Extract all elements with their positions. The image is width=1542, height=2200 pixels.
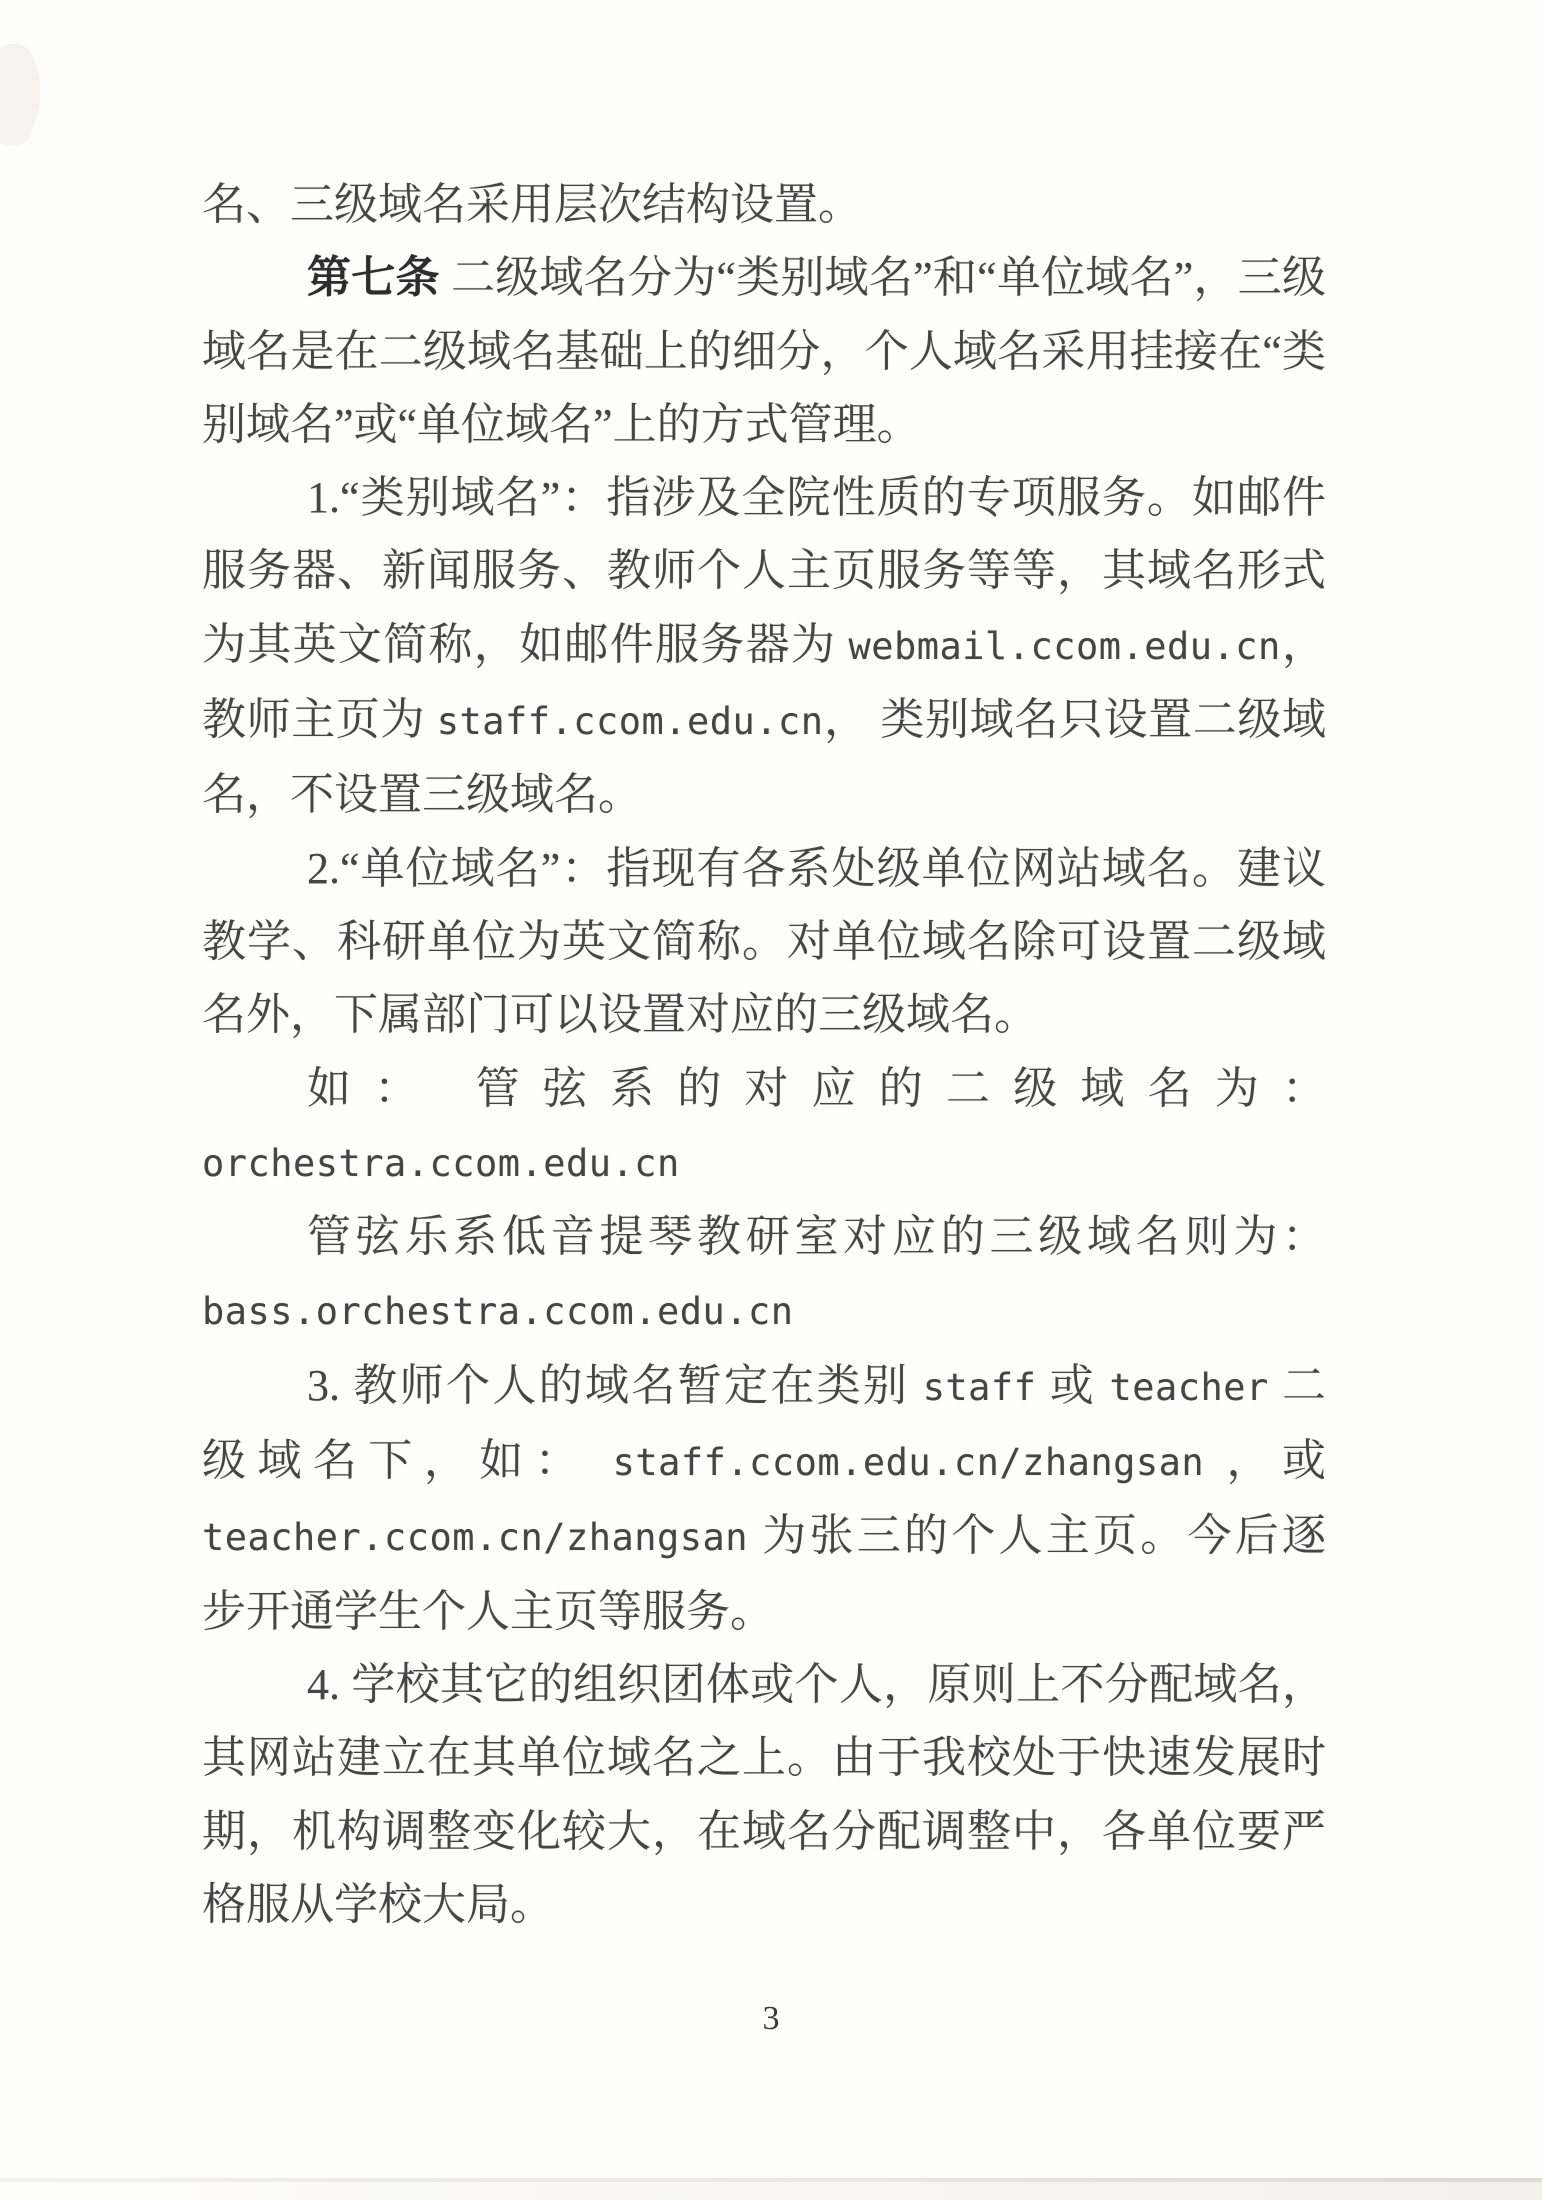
- domain-text: staff: [923, 1366, 1037, 1409]
- paragraph-example-bass: 管弦乐系低音提琴教研室对应的三级域名则为：bass.orchestra.ccom…: [202, 1200, 1326, 1349]
- domain-text: staff.ccom.edu.cn: [437, 700, 824, 743]
- domain-text: staff.ccom.edu.cn/zhangsan: [613, 1441, 1204, 1484]
- domain-text: bass.orchestra.ccom.edu.cn: [202, 1290, 793, 1333]
- scanned-document-page: 名、三级域名采用层次结构设置。第七条 二级域名分为“类别域名”和“单位域名”，三…: [0, 0, 1542, 2200]
- text-segment: 如： 管弦系的对应的二级域名为：: [307, 1064, 1326, 1113]
- scan-edge-shade: [0, 2182, 1542, 2200]
- page-number: 3: [0, 2000, 1542, 2038]
- paragraph-article-7: 第七条 二级域名分为“类别域名”和“单位域名”，三级域名是在二级域名基础上的细分…: [202, 241, 1326, 461]
- paragraph-item-1-category-domain: 1.“类别域名”：指涉及全院性质的专项服务。如邮件服务器、新闻服务、教师个人主页…: [202, 461, 1326, 831]
- paragraph-continuation: 名、三级域名采用层次结构设置。: [202, 168, 1326, 241]
- paragraph-item-4-other-orgs: 4. 学校其它的组织团体或个人，原则上不分配域名，其网站建立在其单位域名之上。由…: [202, 1648, 1326, 1941]
- document-body: 名、三级域名采用层次结构设置。第七条 二级域名分为“类别域名”和“单位域名”，三…: [202, 168, 1326, 1941]
- text-segment: 管弦乐系低音提琴教研室对应的三级域名则为：: [307, 1212, 1326, 1261]
- text-segment: 或: [1036, 1361, 1109, 1410]
- domain-text: teacher.ccom.cn/zhangsan: [202, 1516, 748, 1559]
- domain-text: orchestra.ccom.edu.cn: [202, 1142, 680, 1185]
- paragraph-item-2-unit-domain: 2.“单位域名”：指现有各系处级单位网站域名。建议教学、科研单位为英文简称。对单…: [202, 832, 1326, 1052]
- paragraph-example-orchestra: 如： 管弦系的对应的二级域名为：orchestra.ccom.edu.cn: [202, 1052, 1326, 1201]
- scan-artifact-left-edge: [0, 112, 32, 146]
- text-segment: ，或: [1204, 1436, 1326, 1485]
- text-segment: 名、三级域名采用层次结构设置。: [202, 180, 862, 229]
- text-segment: 2.“单位域名”：指现有各系处级单位网站域名。建议教学、科研单位为英文简称。对单…: [202, 844, 1326, 1040]
- paragraph-item-3-teacher-domain: 3. 教师个人的域名暂定在类别 staff 或 teacher 二级域名下，如：…: [202, 1349, 1326, 1648]
- clause-number: 第七条: [307, 253, 440, 302]
- domain-text: teacher: [1109, 1366, 1268, 1409]
- text-segment: 4. 学校其它的组织团体或个人，原则上不分配域名，其网站建立在其单位域名之上。由…: [202, 1660, 1326, 1929]
- text-segment: 3. 教师个人的域名暂定在类别: [307, 1361, 923, 1410]
- domain-text: webmail.ccom.edu.cn: [848, 625, 1280, 668]
